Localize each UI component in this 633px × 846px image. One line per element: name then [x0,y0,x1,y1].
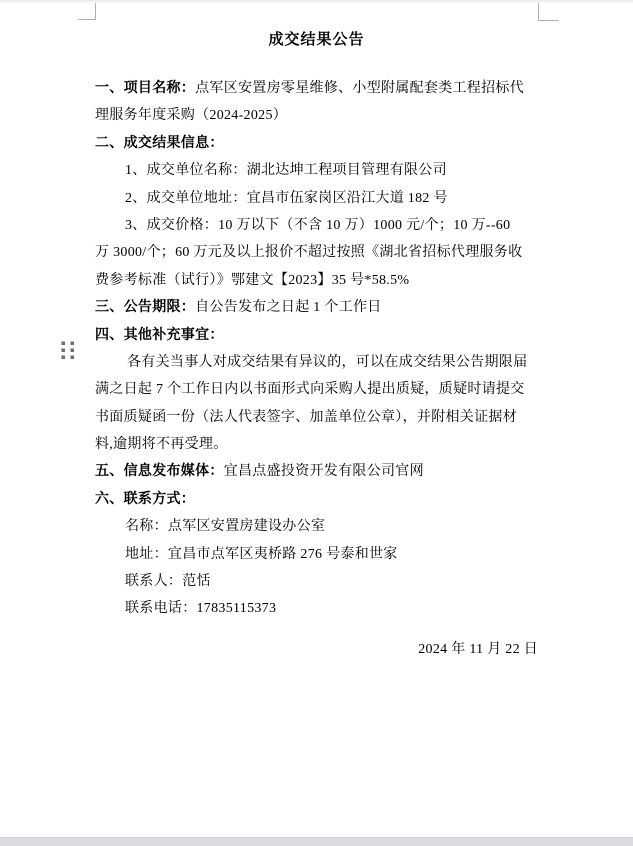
line-winner-address[interactable]: 2、成交单位地址：宜昌市伍家岗区沿江大道 182 号 [95,185,538,212]
line-objection-2[interactable]: 满之日起 7 个工作日内以书面形式向采购人提出质疑，质疑时请提交 [95,376,538,403]
line-announcement-period[interactable]: 三、公告期限：自公告发布之日起 1 个工作日 [95,294,538,321]
document-text-area[interactable]: 成交结果公告 一、项目名称：点军区安置房零星维修、小型附属配套类工程招标代 理服… [95,0,538,663]
line-contact-address[interactable]: 地址：宜昌市点军区夷桥路 276 号泰和世家 [95,541,538,568]
line-contact-phone[interactable]: 联系电话：17835115373 [95,595,538,622]
line-project-name-cont[interactable]: 理服务年度采购（2024-2025） [95,102,538,129]
document-body[interactable]: 一、项目名称：点军区安置房零星维修、小型附属配套类工程招标代 理服务年度采购（2… [95,75,538,623]
margin-mark-top-right [538,3,539,21]
page-bottom-gutter [0,837,633,846]
line-winner-name[interactable]: 1、成交单位名称：湖北达坤工程项目管理有限公司 [95,157,538,184]
line-price-cont2[interactable]: 费参考标准（试行）》鄂建文【2023】35 号*58.5% [95,267,538,294]
line-objection-1[interactable]: 各有关当事人对成交结果有异议的，可以在成交结果公告期限届 [95,349,538,376]
document-page[interactable]: 成交结果公告 一、项目名称：点军区安置房零星维修、小型附属配套类工程招标代 理服… [0,0,633,846]
margin-mark-top-right [538,20,559,21]
line-result-heading[interactable]: 二、成交结果信息： [95,130,538,157]
document-title[interactable]: 成交结果公告 [95,29,538,51]
margin-mark-top-left [78,19,96,20]
line-price-cont1[interactable]: 万 3000/个；60 万元及以上报价不超过按照《湖北省招标代理服务收 [95,239,538,266]
line-contact-person[interactable]: 联系人：范恬 [95,568,538,595]
line-contact-heading[interactable]: 六、联系方式： [95,486,538,513]
line-project-name[interactable]: 一、项目名称：点军区安置房零星维修、小型附属配套类工程招标代 [95,75,538,102]
document-date[interactable]: 2024 年 11 月 22 日 [95,636,538,663]
line-price[interactable]: 3、成交价格：10 万以下（不含 10 万）1000 元/个；10 万--60 [95,212,538,239]
line-media[interactable]: 五、信息发布媒体：宜昌点盛投资开发有限公司官网 [95,458,538,485]
line-objection-4[interactable]: 料,逾期将不再受理。 [95,431,538,458]
line-contact-name[interactable]: 名称：点军区安置房建设办公室 [95,513,538,540]
line-other-heading[interactable]: 四、其他补充事宜： [95,322,538,349]
six-dot-drag-handle-icon[interactable] [61,341,74,359]
line-objection-3[interactable]: 书面质疑函一份（法人代表签字、加盖单位公章），并附相关证据材 [95,404,538,431]
